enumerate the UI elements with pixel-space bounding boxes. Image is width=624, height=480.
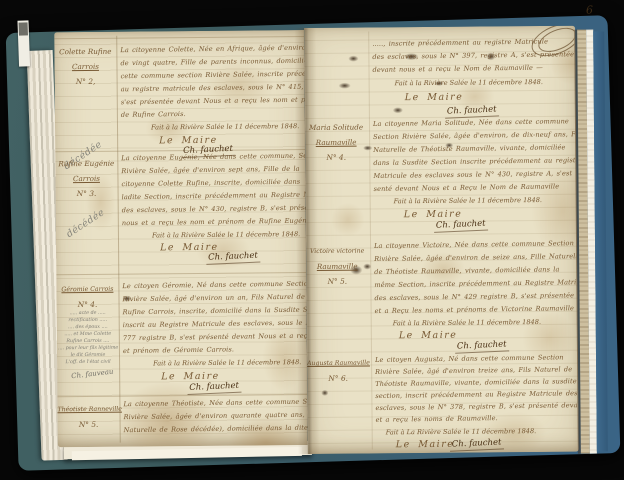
entry-number: N° 3.	[56, 186, 118, 202]
closing-line: Fait à La Rivière Salée le 11 décembre 1…	[386, 427, 537, 436]
closing-line: Fait à la Rivière Salée le 11 décembre 1…	[394, 196, 542, 205]
official-signature: Ch. fauchet	[445, 104, 499, 118]
record-line: Rivière Salée, âgée d'environ de seize a…	[374, 252, 579, 263]
record-line: citoyenne Colette Rufine, inscrite, domi…	[121, 178, 300, 188]
register-book: Colette Rufine Carrois N° 2, décédée La …	[0, 0, 624, 480]
official-title: Le Maire	[160, 242, 219, 254]
official-signature: Ch. fauchet	[450, 437, 504, 451]
pencil-marginal-note: ..... acte de ..... rectification ..... …	[58, 310, 118, 367]
margin-name: Carrois	[54, 59, 116, 75]
record-line: section, inscrit précédemment au Registr…	[375, 389, 577, 400]
record-line: nous et a reçu les nom et prénom de Rufi…	[122, 216, 308, 227]
record-line: des esclaves, sous le N° 397, registre A…	[372, 50, 574, 61]
entry-separator	[56, 272, 306, 275]
closing-line: Fait à la Rivière Salée le 11 décembre 1…	[395, 78, 543, 87]
margin-name: Colette Rufine	[54, 44, 116, 60]
ink-blot	[348, 56, 358, 62]
record-line: esclaves, sous le N° 378, registre B, s'…	[375, 401, 578, 412]
record-line: s'est présentée devant Nous et a reçu le…	[121, 95, 308, 106]
record-line: La citoyenne Maria Solitude, Née dans ce…	[373, 117, 569, 128]
closing-line: Fait à la Rivière Salée le 11 décembre 1…	[393, 318, 541, 327]
margin-entry-colette: Colette Rufine Carrois N° 2,	[54, 44, 116, 90]
record-line: senté devant Nous et a Reçu le Nom de Ra…	[374, 182, 560, 193]
margin-entry-eugenie: Rufine Eugénie Carrois N° 3.	[55, 156, 117, 202]
margin-rule	[116, 36, 121, 443]
ink-blot	[321, 390, 328, 396]
record-line: La citoyenne Victoire, Née dans cette co…	[374, 239, 574, 250]
record-line: Naturelle de Théotiste Raumaville, vivan…	[373, 143, 565, 154]
record-line: ladite Section, inscrite précédemment au…	[122, 190, 308, 201]
record-line: La citoyenne Théotiste, Née dans cette c…	[123, 397, 307, 408]
spine-label	[17, 20, 30, 66]
record-line: de Rufine Carrois.	[121, 110, 186, 119]
official-signature: Ch. fauchet	[187, 381, 241, 395]
record-line: et a reçu les noms de Raumaville.	[376, 414, 498, 424]
record-line: au registre matricule des esclaves, sous…	[121, 82, 308, 93]
official-title: Le Maire	[396, 439, 455, 451]
record-line: de vingt quatre, Fille de parents inconn…	[120, 56, 307, 67]
pencil-signature: Ch. fauveau	[71, 368, 114, 381]
official-signature: Ch. fauchet	[206, 251, 260, 265]
page-number: 6	[586, 4, 593, 17]
record-line: Le citoyen Géromie, Né dans cette commun…	[122, 280, 307, 291]
margin-entry-geromie: Géromie Carrois N° 4.	[56, 282, 118, 313]
open-spread: Colette Rufine Carrois N° 2, décédée La …	[54, 26, 578, 457]
official-signature: Ch. fauchet	[455, 339, 509, 353]
entry-separator	[54, 36, 304, 39]
closing-line: Fait à la Rivière Salée le 11 décembre 1…	[151, 122, 299, 131]
record-line: La citoyenne Eugénie, Née dans cette com…	[121, 151, 308, 162]
record-line: cette commune section Rivière Salée, ins…	[121, 69, 308, 80]
closing-line: Fait à la Rivière Salée le 11 décembre 1…	[153, 358, 301, 367]
left-page: Colette Rufine Carrois N° 2, décédée La …	[54, 30, 308, 447]
record-line: même Section, inscrite précédemment au R…	[374, 278, 579, 289]
record-line: des esclaves, sous le N° 429 registre B,…	[374, 291, 578, 302]
margin-entry-theotiste: Théotiste Ranneville N° 5.	[57, 402, 119, 433]
ink-blot	[339, 83, 351, 89]
margin-name: Carrois	[55, 171, 117, 187]
record-line: Théotiste Raumaville, vivante, domicilié…	[375, 377, 577, 388]
official-signature: Ch. fauchet	[434, 219, 488, 233]
record-line: des esclaves, sous le N° 430, registre B…	[122, 203, 308, 214]
register-photo: Colette Rufine Carrois N° 2, décédée La …	[0, 0, 624, 480]
margin-name: Théotiste Ranneville	[57, 402, 119, 418]
official-title: Le Maire	[405, 92, 464, 104]
official-title: Le Maire	[399, 330, 458, 342]
spine-label-mark	[19, 22, 28, 35]
fore-edge	[574, 29, 608, 453]
record-line: Rufine Carrois, inscrite, domicilié dans…	[123, 305, 308, 316]
margin-rule	[368, 31, 373, 449]
margin-name: Rufine Eugénie	[55, 156, 117, 172]
record-line: Le citoyen Augusta, Né dans cette commun…	[375, 353, 564, 364]
record-line: Section Rivière Salée, âgée d'environ, d…	[373, 130, 579, 141]
record-line: Rivière Salée, âgée d'environ sept ans, …	[121, 165, 299, 175]
record-line: dans la Susdite Section inscrite précéde…	[373, 156, 579, 167]
record-line: Rivière Salée, âgé d'environ treize ans,…	[375, 365, 572, 376]
record-line: de Théotiste Raumaville, vivante, domici…	[374, 265, 559, 276]
stain	[331, 203, 365, 237]
entry-number: N° 5.	[58, 417, 120, 433]
closing-line: Fait à la Rivière Salée le 11 décembre 1…	[152, 230, 300, 239]
pencil-note-line: L'off. de l'état civil	[58, 359, 118, 367]
record-line: Rivière Salée, âgé d'environ un an, Fils…	[122, 292, 307, 303]
official-title: Le Maire	[161, 371, 220, 383]
record-line: et prénom de Géromie Carrois.	[123, 345, 234, 355]
gutter-shadow	[294, 28, 320, 454]
entry-number: N° 2,	[55, 74, 117, 90]
record-line: ....., inscrite précédemment au registre…	[372, 37, 548, 47]
record-line: La citoyenne Colette, Née en Afrique, âg…	[120, 44, 308, 55]
official-title: Le Maire	[404, 209, 463, 221]
margin-name: Géromie Carrois	[56, 282, 118, 298]
ink-blot	[393, 107, 403, 113]
right-page: ....., inscrite précédemment au registre…	[304, 26, 579, 454]
record-line: devant nous et a reçu le Nom de Raumavil…	[372, 64, 543, 74]
